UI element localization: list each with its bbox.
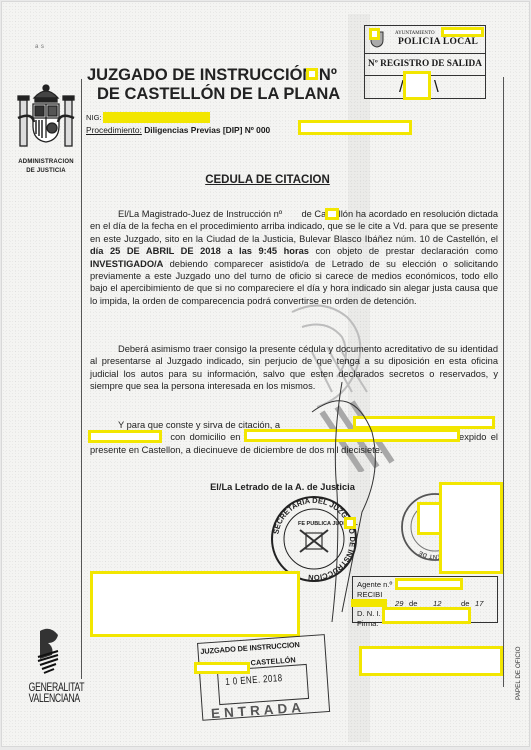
scanned-document-page: ADMINISTRACION DE JUSTICIA JUZGADO DE IN… bbox=[2, 2, 529, 746]
registry-slash-right: \ bbox=[434, 77, 439, 97]
admin-label-line1: ADMINISTRACION bbox=[12, 158, 80, 167]
redaction-officer-signature bbox=[439, 482, 503, 574]
redaction-registry-number bbox=[403, 71, 431, 100]
redaction-person-name-cont bbox=[88, 430, 162, 443]
redaction-seal-number bbox=[344, 517, 356, 529]
policia-local-label: POLICIA LOCAL bbox=[398, 37, 478, 47]
redaction-court-number-body bbox=[325, 208, 339, 220]
right-margin-rule bbox=[503, 77, 504, 687]
p3-text-b: con domicilio en bbox=[170, 432, 240, 442]
redaction-nig bbox=[103, 112, 210, 123]
generalitat-label: GENERALITAT VALENCIANA bbox=[29, 682, 74, 704]
redaction-municipality bbox=[441, 27, 484, 37]
procedure-value: Diligencias Previas [DIP] Nº 000 bbox=[144, 125, 270, 135]
left-margin-rule bbox=[81, 79, 82, 679]
hearing-date: día 25 DE ABRIL DE 2018 a las 9:45 horas bbox=[90, 246, 309, 256]
citation-paragraph: El/La Magistrado-Juez de Instrucción nº … bbox=[90, 208, 498, 307]
court-title-line2: DE CASTELLÓN DE LA PLANA bbox=[87, 85, 340, 104]
procedure-field: Procedimiento: Diligencias Previas [DIP]… bbox=[86, 125, 270, 135]
redaction-court-number bbox=[306, 68, 318, 80]
p2-text: Deberá asimismo traer consigo la present… bbox=[90, 344, 498, 391]
receipt-year: 17 bbox=[475, 599, 483, 609]
scan-noise-marks: ᵃ ˢ bbox=[35, 42, 44, 52]
redaction-bottom-right bbox=[359, 646, 503, 676]
document-title: CEDULA DE CITACION bbox=[2, 174, 531, 186]
redaction-recibi-name bbox=[351, 599, 387, 607]
redaction-procedure-number bbox=[298, 120, 412, 135]
nig-field: NIG: bbox=[86, 113, 102, 122]
identity-paragraph: Deberá asimismo traer consigo la present… bbox=[90, 343, 498, 393]
p1-text-c: con objeto de prestar declaración como bbox=[315, 246, 498, 256]
p1-text-a: El/La Magistrado-Juez de Instrucción nº bbox=[118, 209, 282, 219]
papel-de-oficio-label: PAPEL DE OFICIO bbox=[515, 646, 522, 700]
court-title-line1: JUZGADO DE INSTRUCCIÓN Nº bbox=[87, 66, 337, 84]
redaction-recipient-block bbox=[90, 571, 300, 637]
nig-label: NIG: bbox=[86, 113, 102, 122]
procedure-label: Procedimiento: bbox=[86, 125, 142, 135]
coat-of-arms-icon bbox=[16, 78, 76, 156]
redaction-agent-number bbox=[395, 578, 463, 590]
role-investigado: INVESTIGADO/A bbox=[90, 259, 163, 269]
redaction-dni-firma bbox=[382, 607, 471, 624]
recibi-label: RECIBI bbox=[357, 590, 382, 599]
redaction-city-shield bbox=[369, 28, 380, 40]
court-title: JUZGADO DE INSTRUCCIÓN Nº DE CASTELLÓN D… bbox=[87, 66, 340, 104]
ayuntamiento-label: AYUNTAMIENTO bbox=[395, 31, 435, 36]
generalitat-line2: VALENCIANA bbox=[29, 693, 74, 704]
generalitat-emblem-icon bbox=[32, 627, 62, 677]
entry-stamp: JUZGADO DE INSTRUCCION - CASTELLÓN 1 0 E… bbox=[197, 643, 325, 723]
court-seal-icon: SECRETARIA DEL JUZGADO DE INSTRUCCION FE… bbox=[270, 495, 358, 583]
redaction-stamp-court-number bbox=[194, 662, 250, 674]
